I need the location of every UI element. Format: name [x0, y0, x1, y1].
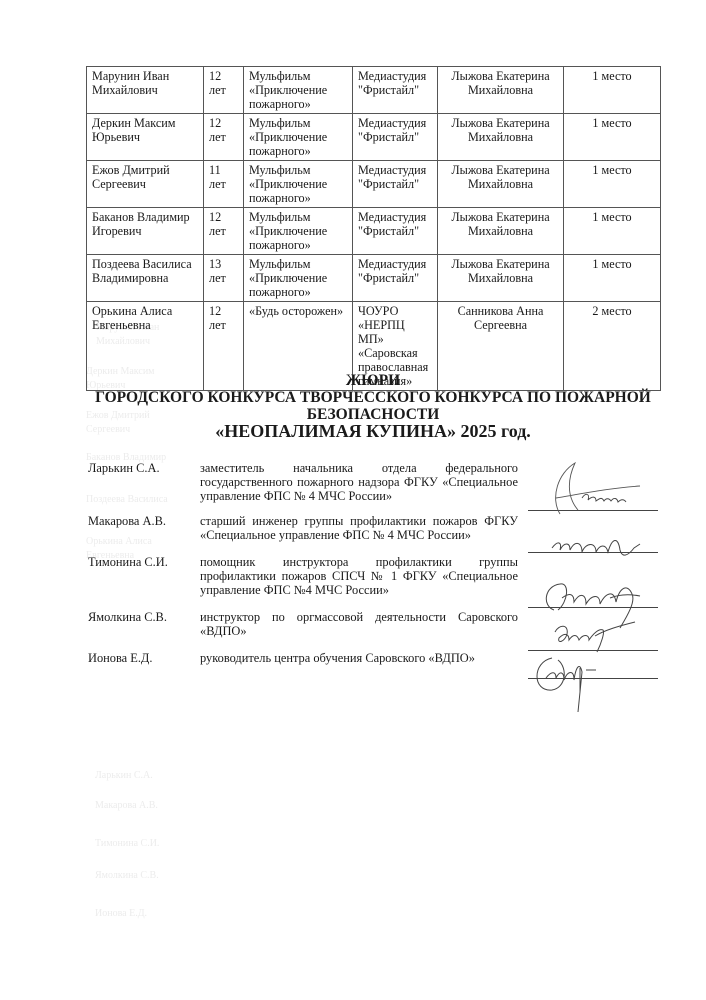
- table-row: Баканов Владимир Игоревич 12 лет Мульфил…: [87, 208, 661, 255]
- organization: Медиастудия "Фристайл": [353, 161, 438, 208]
- organization: Медиастудия "Фристайл": [353, 208, 438, 255]
- work-title: Мульфильм «Приключение пожарного»: [244, 255, 353, 302]
- leader-name: Лыжова Екатерина Михайловна: [438, 114, 564, 161]
- participant-age: 11 лет: [204, 161, 244, 208]
- participant-name: Баканов Владимир Игоревич: [87, 208, 204, 255]
- jury-member-role: заместитель начальника отдела федерально…: [200, 461, 518, 503]
- leader-name: Лыжова Екатерина Михайловна: [438, 255, 564, 302]
- signature-icon: [540, 576, 660, 620]
- signature-icon: [528, 648, 608, 708]
- organization: Медиастудия "Фристайл": [353, 114, 438, 161]
- jury-member-role: помощник инструктора профилактики группы…: [200, 555, 518, 597]
- leader-name: Лыжова Екатерина Михайловна: [438, 161, 564, 208]
- jury-member-role: старший инженер группы профилактики пожа…: [200, 514, 518, 542]
- work-title: Мульфильм «Приключение пожарного»: [244, 114, 353, 161]
- leader-name: Лыжова Екатерина Михайловна: [438, 208, 564, 255]
- place: 1 место: [564, 114, 661, 161]
- contest-name: «НЕОПАЛИМАЯ КУПИНА» 2025 год.: [86, 423, 660, 440]
- jury-member-name: Макарова А.В.: [88, 514, 166, 528]
- leader-name: Лыжова Екатерина Михайловна: [438, 67, 564, 114]
- table-row: Ежов Дмитрий Сергеевич 11 лет Мульфильм …: [87, 161, 661, 208]
- results-table: Марунин Иван Михайлович 12 лет Мульфильм…: [86, 66, 661, 391]
- place: 1 место: [564, 67, 661, 114]
- jury-member-role: инструктор по оргмассовой деятельности С…: [200, 610, 518, 638]
- participant-name: Ежов Дмитрий Сергеевич: [87, 161, 204, 208]
- signature-icon: [520, 458, 670, 518]
- jury-member-name: Тимонина С.И.: [88, 555, 168, 569]
- work-title: Мульфильм «Приключение пожарного»: [244, 208, 353, 255]
- table-row: Поздеева Василиса Владимировна 13 лет Му…: [87, 255, 661, 302]
- table-row: Марунин Иван Михайлович 12 лет Мульфильм…: [87, 67, 661, 114]
- organization: Медиастудия "Фристайл": [353, 255, 438, 302]
- place: 1 место: [564, 208, 661, 255]
- place: 1 место: [564, 255, 661, 302]
- participant-age: 13 лет: [204, 255, 244, 302]
- work-title: Мульфильм «Приключение пожарного»: [244, 161, 353, 208]
- participant-age: 12 лет: [204, 114, 244, 161]
- work-title: Мульфильм «Приключение пожарного»: [244, 67, 353, 114]
- contest-title-line: ГОРОДСКОГО КОНКУРСА ТВОРЧЕССКОГО КОНКУРС…: [86, 389, 660, 406]
- participant-name: Марунин Иван Михайлович: [87, 67, 204, 114]
- jury-member-name: Ямолкина С.В.: [88, 610, 167, 624]
- jury-member-name: Ларькин С.А.: [88, 461, 160, 475]
- participant-age: 12 лет: [204, 67, 244, 114]
- jury-member-role: руководитель центра обучения Саровского …: [200, 651, 518, 665]
- participant-name: Деркин Максим Юрьевич: [87, 114, 204, 161]
- participant-age: 12 лет: [204, 208, 244, 255]
- table-row: Деркин Максим Юрьевич 12 лет Мульфильм «…: [87, 114, 661, 161]
- signature-icon: [548, 528, 658, 558]
- jury-title: ЖЮРИ: [86, 372, 660, 389]
- jury-member-name: Ионова Е.Д.: [88, 651, 152, 665]
- organization: Медиастудия "Фристайл": [353, 67, 438, 114]
- place: 1 место: [564, 161, 661, 208]
- participant-name: Поздеева Василиса Владимировна: [87, 255, 204, 302]
